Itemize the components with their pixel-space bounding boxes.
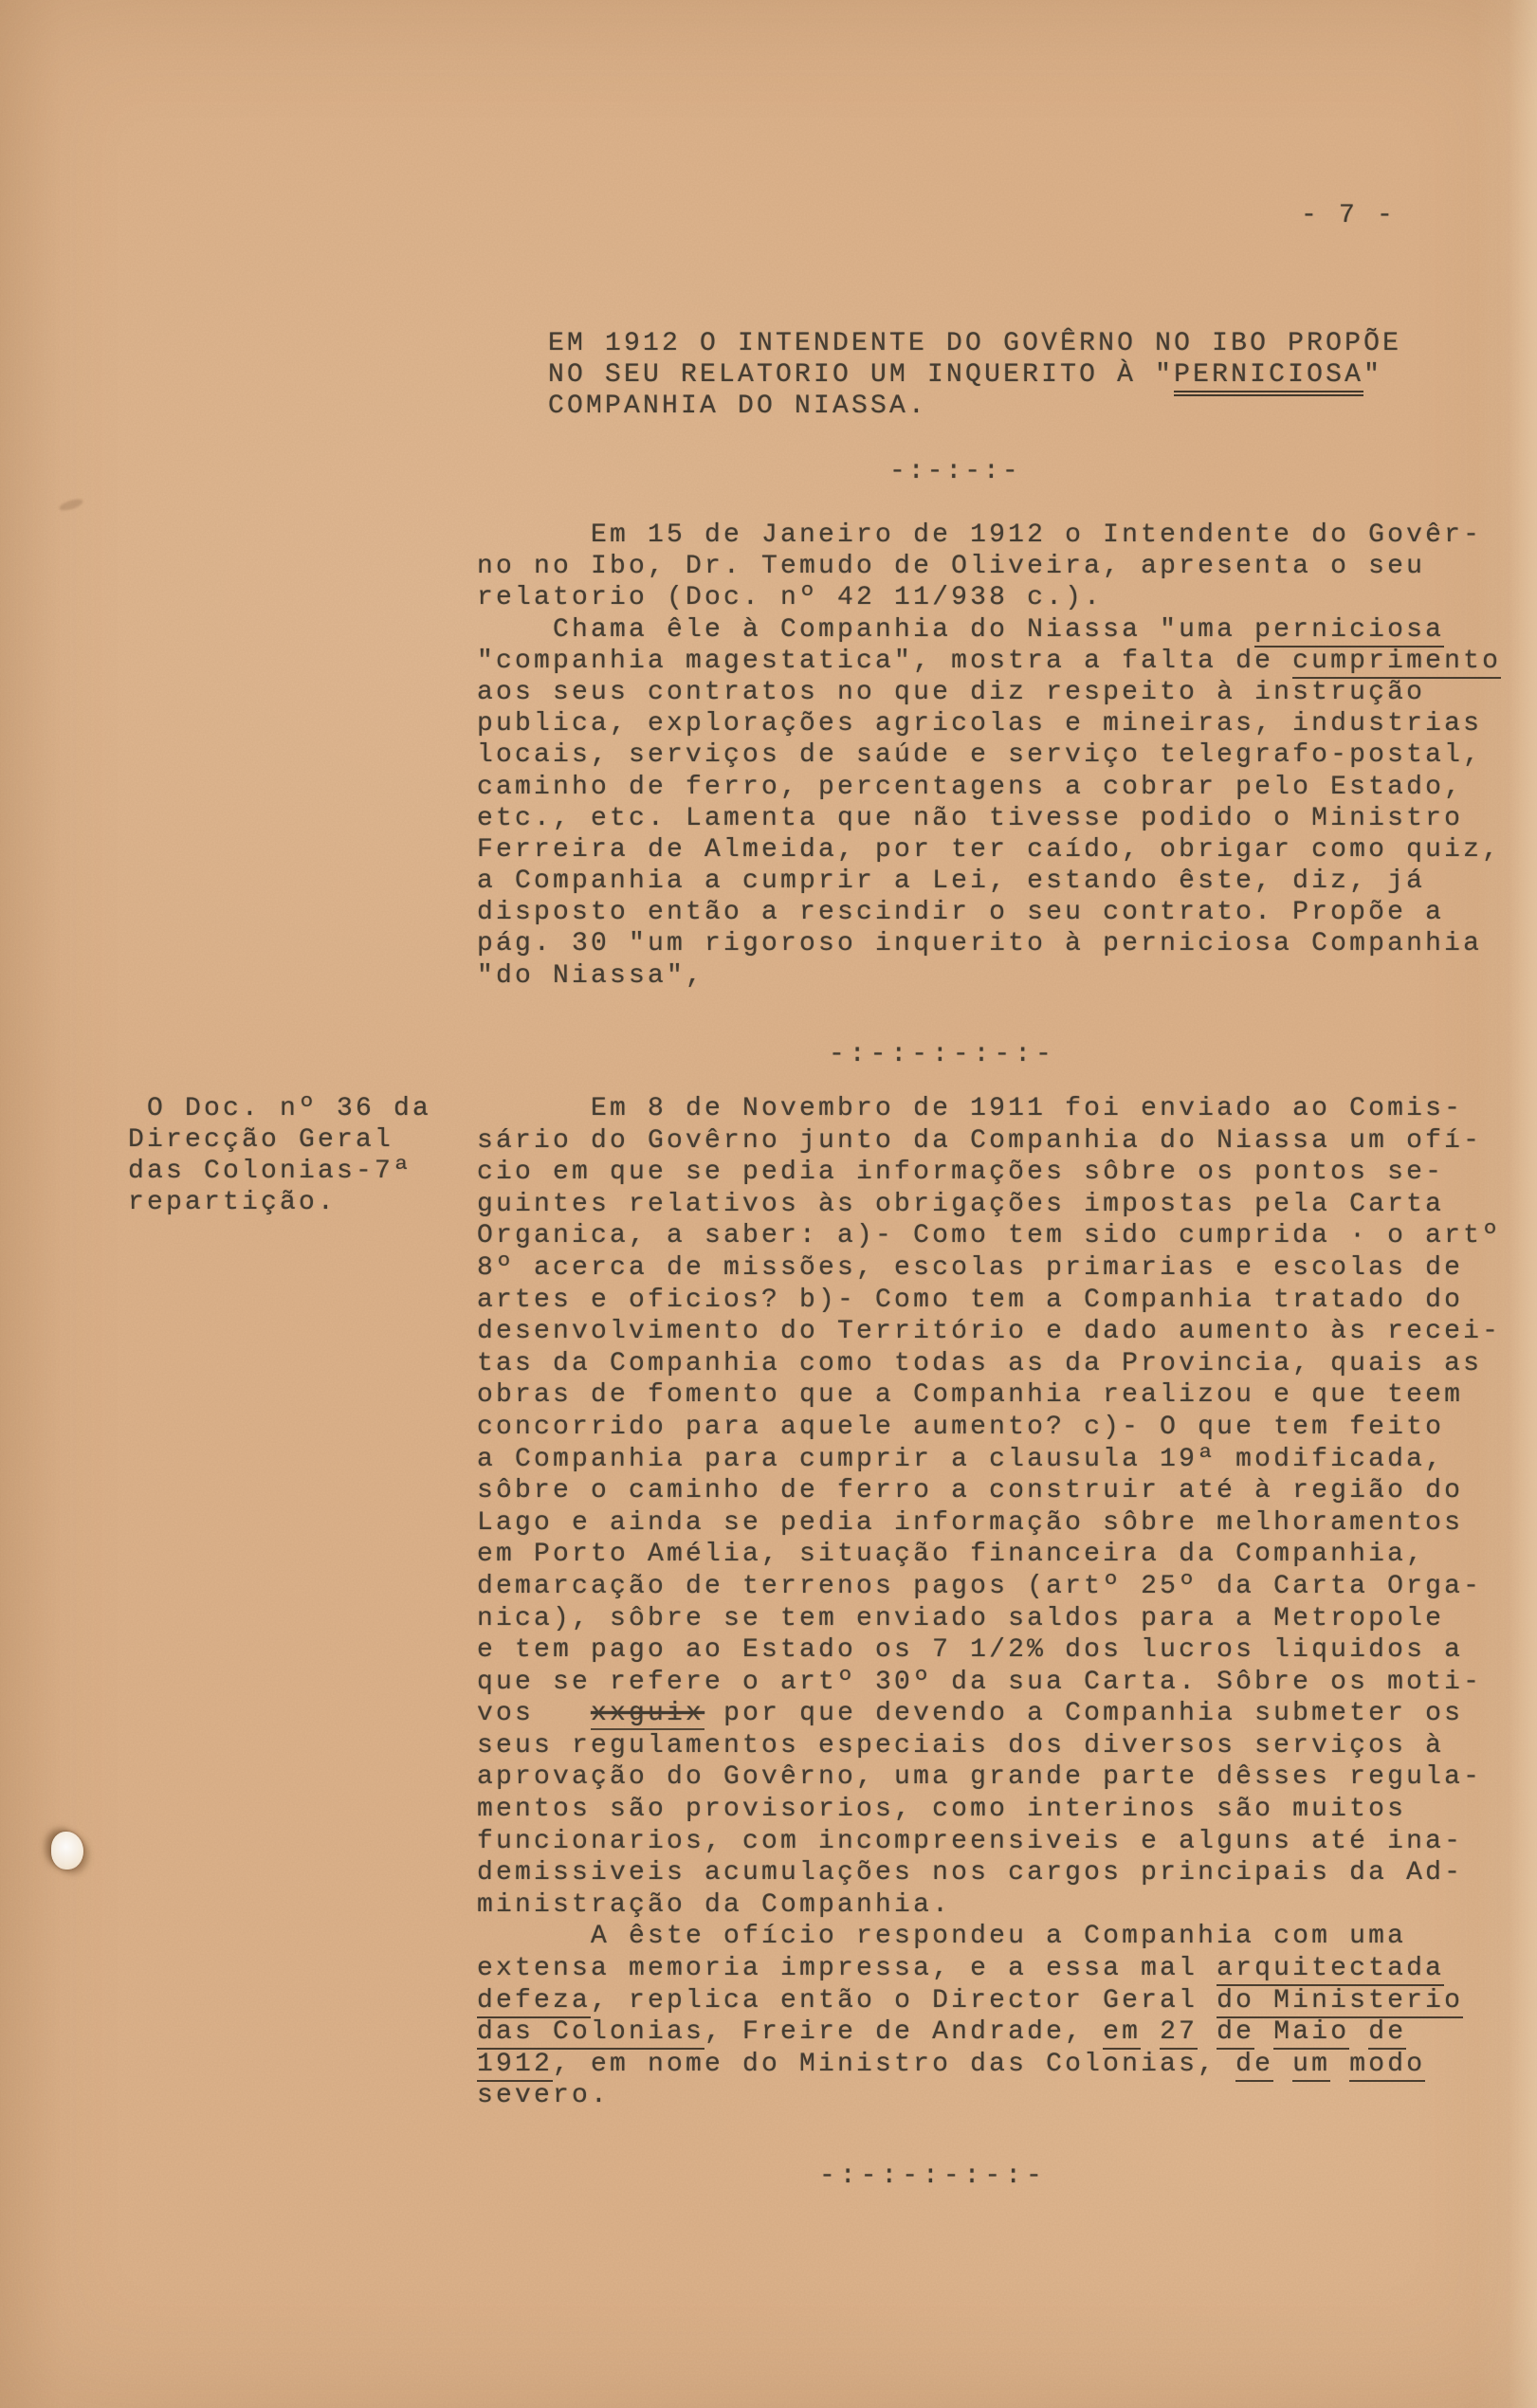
page-number: - 7 - xyxy=(1301,201,1396,230)
text-line: aprovação do Govêrno, uma grande parte d… xyxy=(477,1762,1501,1795)
text-line: sôbre o caminho de ferro a construir até… xyxy=(477,1476,1501,1508)
document-heading: EM 1912 O INTENDENTE DO GOVÊRNO NO IBO P… xyxy=(548,329,1401,423)
text-line: A êste ofício respondeu a Companhia com … xyxy=(477,1922,1501,1954)
scanned-document-page: - 7 - EM 1912 O INTENDENTE DO GOVÊRNO NO… xyxy=(0,0,1537,2408)
text-line: nica), sôbre se tem enviado saldos para … xyxy=(477,1604,1501,1636)
text-line: O Doc. nº 36 da xyxy=(128,1094,431,1125)
text-line: seus regulamentos especiais dos diversos… xyxy=(477,1731,1501,1763)
text-line: no no Ibo, Dr. Temudo de Oliveira, apres… xyxy=(477,552,1501,583)
text-line: demissiveis acumulações nos cargos princ… xyxy=(477,1858,1501,1890)
text-line: cio em que se pedia informações sôbre os… xyxy=(477,1158,1501,1190)
paragraph-oficio-1911: Em 8 de Novembro de 1911 foi enviado ao … xyxy=(477,1094,1501,2113)
text-line: locais, serviços de saúde e serviço tele… xyxy=(477,740,1501,772)
text-line: "do Niassa", xyxy=(477,961,1501,993)
text-line: das Colonias, Freire de Andrade, em 27 d… xyxy=(477,2017,1501,2050)
text-line: extensa memoria impressa, e a essa mal a… xyxy=(477,1954,1501,1986)
text-line: Direcção Geral xyxy=(128,1125,431,1157)
text-line: NO SEU RELATORIO UM INQUERITO À "PERNICI… xyxy=(548,360,1401,392)
text-line: sário do Govêrno junto da Companhia do N… xyxy=(477,1126,1501,1158)
text-line: 1912, em nome do Ministro das Colonias, … xyxy=(477,2050,1501,2082)
text-line: defeza, replica então o Director Geral d… xyxy=(477,1986,1501,2018)
text-line: a Companhia a cumprir a Lei, estando êst… xyxy=(477,867,1501,898)
paper-right-edge xyxy=(1509,0,1537,2408)
text-line: EM 1912 O INTENDENTE DO GOVÊRNO NO IBO P… xyxy=(548,329,1401,360)
text-line: repartição. xyxy=(128,1188,431,1219)
text-line: ministração da Companhia. xyxy=(477,1890,1501,1923)
text-line: "companhia magestatica", mostra a falta … xyxy=(477,647,1501,678)
text-line: etc., etc. Lamenta que não tivesse podid… xyxy=(477,804,1501,835)
text-line: das Colonias-7ª xyxy=(128,1157,431,1188)
text-line: pág. 30 "um rigoroso inquerito à pernici… xyxy=(477,929,1501,960)
text-line: Em 8 de Novembro de 1911 foi enviado ao … xyxy=(477,1094,1501,1126)
text-line: demarcação de terrenos pagos (artº 25º d… xyxy=(477,1572,1501,1604)
text-line: concorrido para aquele aumento? c)- O qu… xyxy=(477,1413,1501,1445)
section-separator: -:-:-:- xyxy=(889,457,1021,486)
text-line: a Companhia para cumprir a clausula 19ª … xyxy=(477,1445,1501,1477)
text-line: publica, explorações agricolas e mineira… xyxy=(477,709,1501,740)
text-line: e tem pago ao Estado os 7 1/2% dos lucro… xyxy=(477,1635,1501,1668)
section-separator: -:-:-:-:-:- xyxy=(829,1040,1056,1069)
text-line: obras de fomento que a Companhia realizo… xyxy=(477,1380,1501,1413)
text-line: vos xxguix por que devendo a Companhia s… xyxy=(477,1699,1501,1731)
text-line: 8º acerca de missões, escolas primarias … xyxy=(477,1253,1501,1286)
text-line: caminho de ferro, percentagens a cobrar … xyxy=(477,773,1501,804)
faint-smudge-mark xyxy=(58,497,84,513)
text-line: mentos são provisorios, como interinos s… xyxy=(477,1795,1501,1827)
text-line: Em 15 de Janeiro de 1912 o Intendente do… xyxy=(477,520,1501,552)
paper-hole-artifact xyxy=(51,1832,83,1870)
text-line: Chama êle à Companhia do Niassa "uma per… xyxy=(477,615,1501,647)
text-line: funcionarios, com incompreensiveis e alg… xyxy=(477,1827,1501,1859)
text-line: severo. xyxy=(477,2081,1501,2113)
text-line: tas da Companhia como todas as da Provin… xyxy=(477,1349,1501,1381)
paragraph-report-1912: Em 15 de Janeiro de 1912 o Intendente do… xyxy=(477,520,1501,993)
text-line: disposto então a rescindir o seu contrat… xyxy=(477,898,1501,929)
text-line: desenvolvimento do Território e dado aum… xyxy=(477,1317,1501,1349)
text-line: Ferreira de Almeida, por ter caído, obri… xyxy=(477,835,1501,867)
text-line: Organica, a saber: a)- Como tem sido cum… xyxy=(477,1221,1501,1253)
text-line: guintes relativos às obrigações impostas… xyxy=(477,1190,1501,1222)
text-line: que se refere o artº 30º da sua Carta. S… xyxy=(477,1668,1501,1700)
text-line: relatorio (Doc. nº 42 11/938 c.). xyxy=(477,583,1501,614)
text-line: em Porto Amélia, situação financeira da … xyxy=(477,1540,1501,1572)
text-line: Lago e ainda se pedia informação sôbre m… xyxy=(477,1508,1501,1541)
section-separator: -:-:-:-:-:- xyxy=(819,2162,1047,2191)
text-line: artes e oficios? b)- Como tem a Companhi… xyxy=(477,1286,1501,1318)
margin-note-doc-reference: O Doc. nº 36 daDirecção Geraldas Colonia… xyxy=(128,1094,431,1219)
text-line: aos seus contratos no que diz respeito à… xyxy=(477,678,1501,709)
